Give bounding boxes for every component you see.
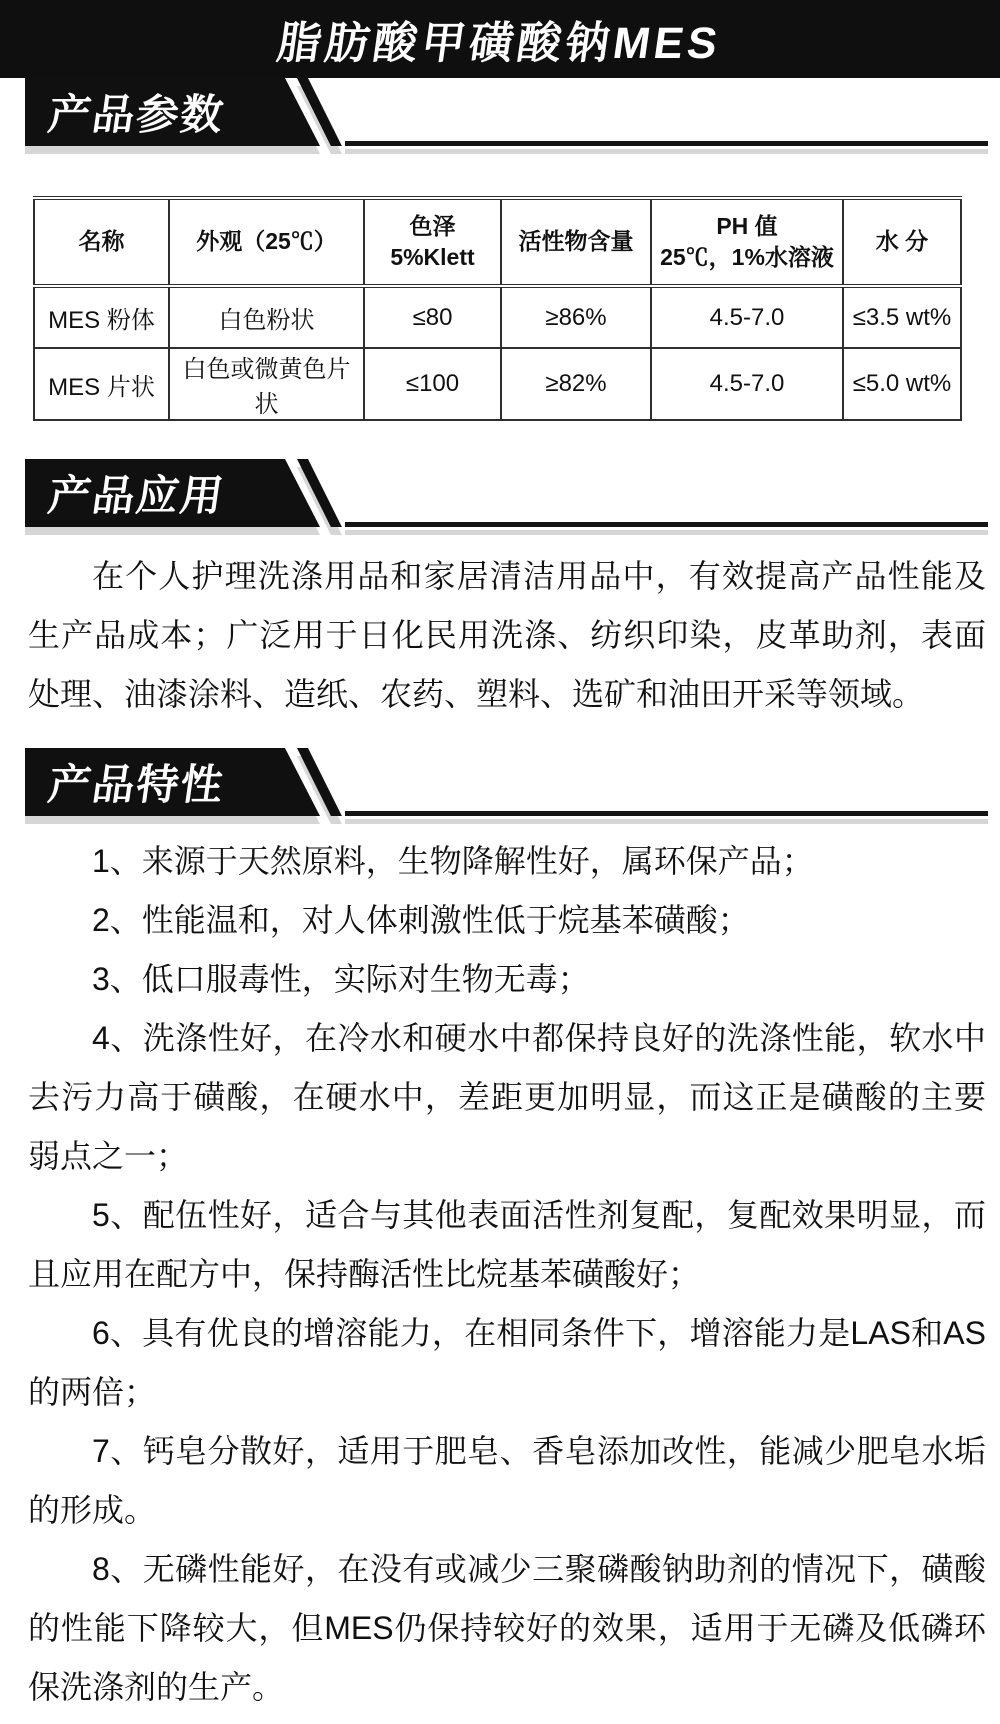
section-header-params: 产品参数: [25, 78, 988, 146]
table-cell: ≤100: [364, 348, 501, 420]
page-title: 脂肪酸甲磺酸钠MES: [274, 7, 726, 71]
table-header-cell-color: 色泽5%Klett: [364, 198, 501, 286]
feature-item: 8、无磷性能好，在没有或减少三聚磷酸钠助剂的情况下，磺酸的性能下降较大，但MES…: [28, 1540, 986, 1717]
application-paragraph-block: 在个人护理洗涤用品和家居清洁用品中，有效提高产品性能及生产品成本；广泛用于日化民…: [28, 547, 986, 724]
table-header-cell-active-content: 活性物含量: [501, 198, 651, 286]
table-cell: MES 粉体: [34, 286, 169, 348]
feature-item: 1、来源于天然原料，生物降解性好，属环保产品；: [28, 832, 986, 891]
feature-item: 7、钙皂分散好，适用于肥皂、香皂添加改性，能减少肥皂水垢的形成。: [28, 1422, 986, 1540]
table-header-cell-moisture: 水 分: [843, 198, 961, 286]
section-divider-line: [345, 811, 988, 816]
table-cell: 4.5-7.0: [651, 348, 843, 420]
feature-item: 5、配伍性好，适合与其他表面活性剂复配，复配效果明显，而且应用在配方中，保持酶活…: [28, 1186, 986, 1304]
table-header-cell-name: 名称: [34, 198, 169, 286]
section-heading-features: 产品特性: [21, 752, 229, 812]
header-text: 25℃，1%水溶液: [660, 244, 834, 270]
feature-item: 6、具有优良的增溶能力，在相同条件下，增溶能力是LAS和AS的两倍；: [28, 1304, 986, 1422]
table-cell: 白色粉状: [169, 286, 364, 348]
section-divider-line: [345, 522, 988, 527]
table-cell: ≥82%: [501, 348, 651, 420]
section-header-features: 产品特性: [25, 748, 988, 816]
title-banner: 脂肪酸甲磺酸钠MES: [0, 0, 1000, 78]
product-params-table: 名称 外观（25℃） 色泽5%Klett 活性物含量 PH 值25℃，1%水溶液…: [33, 196, 962, 421]
section-heading-params: 产品参数: [21, 82, 229, 142]
header-text: PH 值: [716, 213, 777, 239]
table-cell: 白色或微黄色片状: [169, 348, 364, 420]
section-badge: 产品应用: [25, 459, 320, 527]
section-badge: 产品特性: [25, 748, 320, 816]
table-cell: ≤3.5 wt%: [843, 286, 961, 348]
product-params-table-wrap: 名称 外观（25℃） 色泽5%Klett 活性物含量 PH 值25℃，1%水溶液…: [33, 196, 1000, 421]
header-text: 水 分: [876, 228, 928, 254]
feature-item: 3、低口服毒性，实际对生物无毒；: [28, 950, 986, 1009]
table-cell: ≤80: [364, 286, 501, 348]
table-cell: ≤5.0 wt%: [843, 348, 961, 420]
table-row-mes-flakes: MES 片状 白色或微黄色片状 ≤100 ≥82% 4.5-7.0 ≤5.0 w…: [34, 348, 961, 420]
features-list: 1、来源于天然原料，生物降解性好，属环保产品； 2、性能温和，对人体刺激性低于烷…: [28, 832, 986, 1717]
table-header-cell-appearance: 外观（25℃）: [169, 198, 364, 286]
section-heading-application: 产品应用: [21, 463, 229, 523]
header-text: 外观（25℃）: [196, 228, 337, 254]
table-header-row: 名称 外观（25℃） 色泽5%Klett 活性物含量 PH 值25℃，1%水溶液…: [34, 198, 961, 286]
application-paragraph: 在个人护理洗涤用品和家居清洁用品中，有效提高产品性能及生产品成本；广泛用于日化民…: [28, 547, 986, 724]
header-text: 活性物含量: [519, 228, 634, 254]
table-cell: MES 片状: [34, 348, 169, 420]
table-row-mes-powder: MES 粉体 白色粉状 ≤80 ≥86% 4.5-7.0 ≤3.5 wt%: [34, 286, 961, 348]
feature-item: 4、洗涤性好，在冷水和硬水中都保持良好的洗涤性能，软水中去污力高于磺酸，在硬水中…: [28, 1009, 986, 1186]
table-header-cell-ph: PH 值25℃，1%水溶液: [651, 198, 843, 286]
header-text: 5%Klett: [390, 244, 474, 270]
table-cell: ≥86%: [501, 286, 651, 348]
header-text: 名称: [79, 228, 125, 254]
section-divider-line: [345, 141, 988, 146]
header-text: 色泽: [410, 213, 456, 239]
table-cell: 4.5-7.0: [651, 286, 843, 348]
section-badge: 产品参数: [25, 78, 320, 146]
feature-item: 2、性能温和，对人体刺激性低于烷基苯磺酸；: [28, 891, 986, 950]
section-header-application: 产品应用: [25, 459, 988, 527]
